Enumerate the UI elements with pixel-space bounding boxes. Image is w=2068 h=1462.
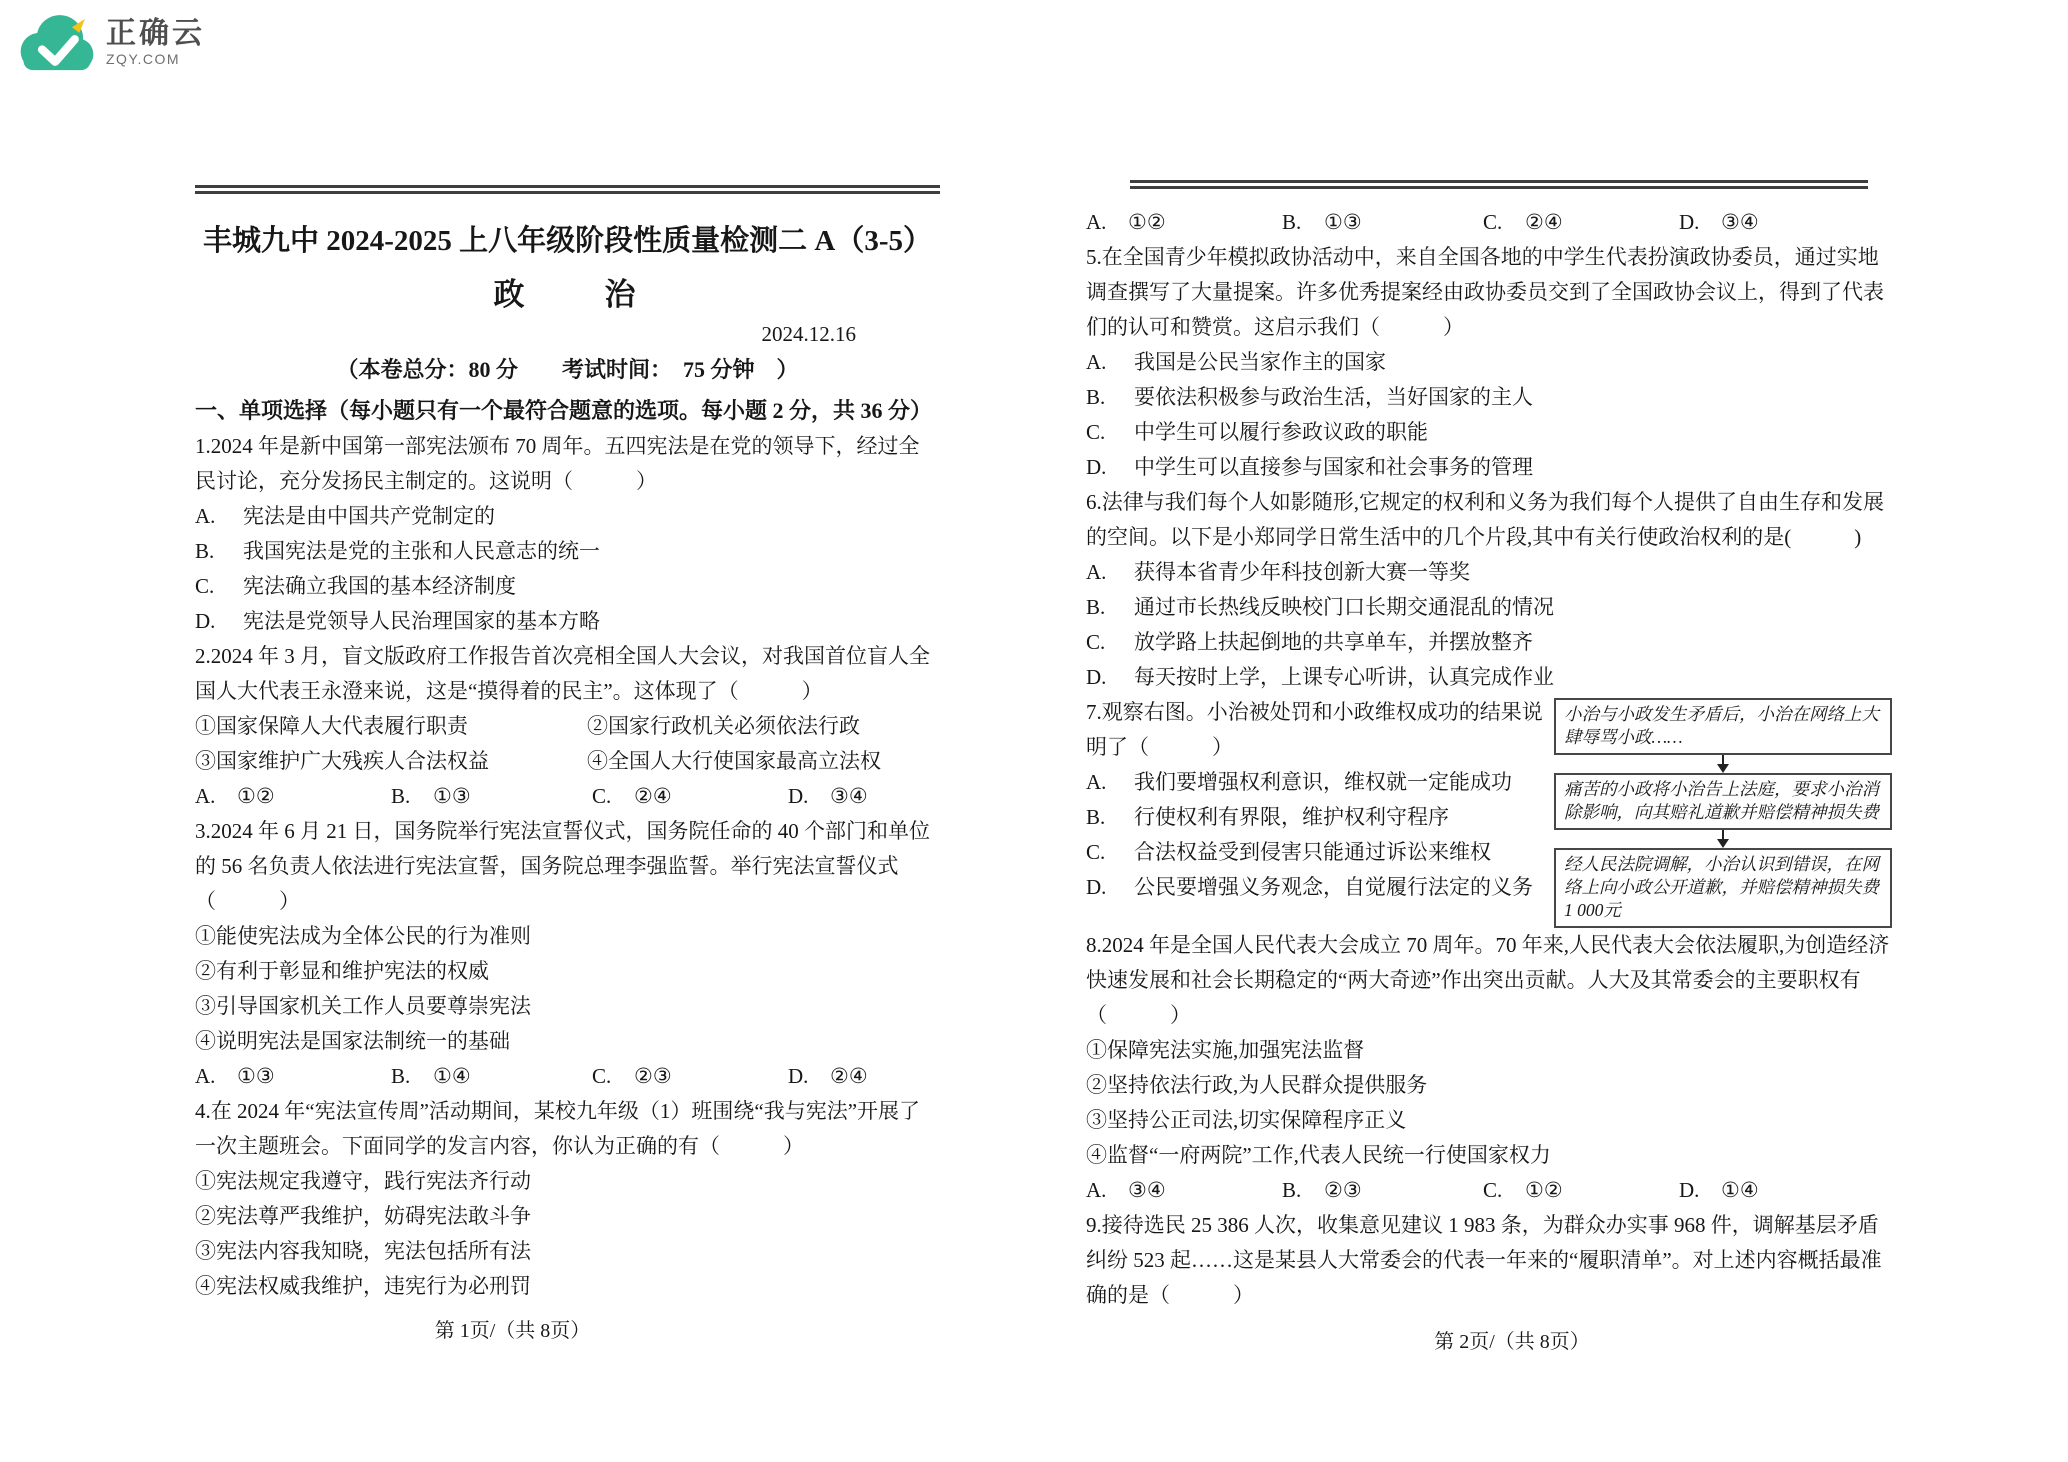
choice-text: ①② <box>237 779 275 814</box>
page-2-footer: 第 2页/（共 8页） <box>1086 1325 1892 1354</box>
choice-label: D. <box>1086 870 1134 905</box>
cloud-check-icon <box>16 10 98 83</box>
question-7-flowchart: 小治与小政发生矛盾后，小治在网络上大肆辱骂小政…… 痛苦的小政将小治告上法庭，要… <box>1554 698 1892 928</box>
question-4-subitem: ①宪法规定我遵守，践行宪法齐行动 <box>195 1164 940 1199</box>
subject-title: 政 治 <box>195 269 940 314</box>
question-4-subitem: ③宪法内容我知晓，宪法包括所有法 <box>195 1234 940 1269</box>
choice-text: ①③ <box>1324 205 1362 240</box>
choice-text: ②④ <box>830 1059 868 1094</box>
choice-text: ①④ <box>433 1059 471 1094</box>
question-3-subitem: ②有利于彰显和维护宪法的权威 <box>195 954 940 989</box>
choice-label: B. <box>1086 800 1134 835</box>
choice-label: B. <box>391 1059 433 1094</box>
choice: D.③④ <box>1679 205 1892 240</box>
choice-text: 我国是公民当家作主的国家 <box>1134 345 1386 380</box>
page-2: A.①② B.①③ C.②④ D.③④ 5.在全国青少年模拟政协活动中，来自全国… <box>1086 180 1892 1354</box>
choice-label: B. <box>391 779 433 814</box>
choice-text: 我国宪法是党的主张和人民意志的统一 <box>243 534 600 569</box>
flowchart-box: 经人民法院调解，小治认识到错误，在网络上向小政公开道歉，并赔偿精神损失费 1 0… <box>1554 848 1892 928</box>
choice-text: 公民要增强义务观念，自觉履行法定的义务 <box>1134 870 1533 905</box>
choice: A.①② <box>1086 205 1282 240</box>
choice-label: D. <box>1086 660 1134 695</box>
choice-label: C. <box>1483 205 1525 240</box>
question-3-answer-row: A.①③ B.①④ C.②③ D.②④ <box>195 1059 940 1094</box>
choice-label: A. <box>1086 345 1134 380</box>
choice-label: A. <box>1086 765 1134 800</box>
choice: D.①④ <box>1679 1173 1892 1208</box>
question-2-answer-row: A.①② B.①③ C.②④ D.③④ <box>195 779 940 814</box>
question-8-subitem: ①保障宪法实施,加强宪法监督 <box>1086 1033 1892 1068</box>
question-7-choice-c: C.合法权益受到侵害只能通过诉讼来维权 <box>1086 835 1544 870</box>
question-3-subitem: ①能使宪法成为全体公民的行为准则 <box>195 919 940 954</box>
question-3-subitem: ④说明宪法是国家法制统一的基础 <box>195 1024 940 1059</box>
choice-label: C. <box>1086 415 1134 450</box>
choice: B.①③ <box>1282 205 1483 240</box>
question-9-text: 9.接待选民 25 386 人次，收集意见建议 1 983 条，为群众办实事 9… <box>1086 1208 1892 1313</box>
choice-label: A. <box>1086 1173 1128 1208</box>
exam-title: 丰城九中 2024-2025 上八年级阶段性质量检测二 A（3-5） <box>195 218 940 259</box>
question-5-choice-c: C.中学生可以履行参政议政的职能 <box>1086 415 1892 450</box>
question-4-text: 4.在 2024 年“宪法宣传周”活动期间，某校九年级（1）班围绕“我与宪法”开… <box>195 1094 940 1164</box>
question-8-subitem: ④监督“一府两院”工作,代表人民统一行使国家权力 <box>1086 1138 1892 1173</box>
question-8-subitem: ②坚持依法行政,为人民群众提供服务 <box>1086 1068 1892 1103</box>
choice: C.①② <box>1483 1173 1679 1208</box>
choice-text: ①② <box>1525 1173 1563 1208</box>
question-1-choice-d: D. 宪法是党领导人民治理国家的基本方略 <box>195 604 940 639</box>
question-6-choice-d: D.每天按时上学，上课专心听讲，认真完成作业 <box>1086 660 1892 695</box>
choice-text: ①② <box>1128 205 1166 240</box>
choice-text: ①③ <box>433 779 471 814</box>
choice-text: ①③ <box>237 1059 275 1094</box>
question-7-choice-a: A.我们要增强权利意识，维权就一定能成功 <box>1086 765 1544 800</box>
question-2-text: 2.2024 年 3 月，盲文版政府工作报告首次亮相全国人大会议，对我国首位盲人… <box>195 639 940 709</box>
exam-meta: （本卷总分：80 分 考试时间： 75 分钟 ） <box>195 353 940 384</box>
section-heading: 一、单项选择（每小题只有一个最符合题意的选项。每小题 2 分，共 36 分） <box>195 392 940 429</box>
choice-label: D. <box>1679 205 1721 240</box>
choice: D.②④ <box>788 1059 940 1094</box>
question-7-text: 7.观察右图。小治被处罚和小政维权成功的结果说明了（ ） <box>1086 695 1544 765</box>
question-8-text: 8.2024 年是全国人民代表大会成立 70 周年。70 年来,人民代表大会依法… <box>1086 928 1892 1033</box>
question-1-choice-c: C. 宪法确立我国的基本经济制度 <box>195 569 940 604</box>
choice-text: ③④ <box>1128 1173 1166 1208</box>
choice: A.①② <box>195 779 391 814</box>
flowchart-box: 痛苦的小政将小治告上法庭，要求小治消除影响，向其赔礼道歉并赔偿精神损失费 <box>1554 773 1892 830</box>
header-rule <box>195 185 940 194</box>
choice-text: ②④ <box>1525 205 1563 240</box>
choice-text: 宪法确立我国的基本经济制度 <box>243 569 516 604</box>
choice: D.③④ <box>788 779 940 814</box>
choice-label: B. <box>1282 1173 1324 1208</box>
down-arrow-icon <box>1554 830 1892 848</box>
choice-label: A. <box>195 499 243 534</box>
question-5-choice-d: D.中学生可以直接参与国家和社会事务的管理 <box>1086 450 1892 485</box>
choice-text: 放学路上扶起倒地的共享单车，并摆放整齐 <box>1134 625 1533 660</box>
choice-text: ③④ <box>1721 205 1759 240</box>
choice-label: C. <box>1483 1173 1525 1208</box>
choice-text: 中学生可以履行参政议政的职能 <box>1134 415 1428 450</box>
question-5-choice-b: B.要依法积极参与政治生活，当好国家的主人 <box>1086 380 1892 415</box>
choice-label: C. <box>1086 625 1134 660</box>
question-3-text: 3.2024 年 6 月 21 日，国务院举行宪法宣誓仪式，国务院任命的 40 … <box>195 814 940 919</box>
question-2-subitem: ④全国人大行使国家最高立法权 <box>587 744 940 779</box>
choice-label: B. <box>1086 590 1134 625</box>
question-1-choice-a: A. 宪法是由中国共产党制定的 <box>195 499 940 534</box>
choice: C.②④ <box>1483 205 1679 240</box>
question-2-subitem: ②国家行政机关必须依法行政 <box>587 709 940 744</box>
question-3-subitem: ③引导国家机关工作人员要尊崇宪法 <box>195 989 940 1024</box>
logo-domain: ZQY.COM <box>106 50 205 68</box>
choice: B.②③ <box>1282 1173 1483 1208</box>
down-arrow-icon <box>1554 755 1892 773</box>
choice-text: 要依法积极参与政治生活，当好国家的主人 <box>1134 380 1533 415</box>
choice-label: A. <box>195 1059 237 1094</box>
choice-text: 获得本省青少年科技创新大赛一等奖 <box>1134 555 1470 590</box>
choice-text: 宪法是由中国共产党制定的 <box>243 499 495 534</box>
choice-text: 行使权利有界限，维护权利守程序 <box>1134 800 1449 835</box>
choice: C.②③ <box>592 1059 788 1094</box>
exam-date: 2024.12.16 <box>195 322 940 347</box>
choice-text: ②④ <box>634 779 672 814</box>
choice-label: C. <box>592 1059 634 1094</box>
flowchart-box: 小治与小政发生矛盾后，小治在网络上大肆辱骂小政…… <box>1554 698 1892 755</box>
choice-label: C. <box>1086 835 1134 870</box>
page-1-footer: 第 1页/（共 8页） <box>195 1314 940 1343</box>
question-8-subitem: ③坚持公正司法,切实保障程序正义 <box>1086 1103 1892 1138</box>
choice-label: B. <box>195 534 243 569</box>
choice-text: ②③ <box>634 1059 672 1094</box>
question-7: 7.观察右图。小治被处罚和小政维权成功的结果说明了（ ） A.我们要增强权利意识… <box>1086 695 1892 928</box>
question-4-subitem: ②宪法尊严我维护，妨碍宪法敢斗争 <box>195 1199 940 1234</box>
choice-label: A. <box>1086 205 1128 240</box>
choice-text: 中学生可以直接参与国家和社会事务的管理 <box>1134 450 1533 485</box>
choice-label: D. <box>788 1059 830 1094</box>
choice: B.①④ <box>391 1059 592 1094</box>
question-4-subitem: ④宪法权威我维护，违宪行为必刑罚 <box>195 1269 940 1304</box>
choice-text: 合法权益受到侵害只能通过诉讼来维权 <box>1134 835 1491 870</box>
choice-text: 我们要增强权利意识，维权就一定能成功 <box>1134 765 1512 800</box>
zqy-logo: 正确云 ZQY.COM <box>16 10 205 83</box>
page-1: 丰城九中 2024-2025 上八年级阶段性质量检测二 A（3-5） 政 治 2… <box>195 185 940 1343</box>
choice-text: 宪法是党领导人民治理国家的基本方略 <box>243 604 600 639</box>
choice: A.③④ <box>1086 1173 1282 1208</box>
question-2-subitem: ③国家维护广大残疾人合法权益 <box>195 744 587 779</box>
choice-label: D. <box>788 779 830 814</box>
choice-text: ③④ <box>830 779 868 814</box>
question-4-answer-row: A.①② B.①③ C.②④ D.③④ <box>1086 205 1892 240</box>
question-7-choice-b: B.行使权利有界限，维护权利守程序 <box>1086 800 1544 835</box>
choice-label: C. <box>195 569 243 604</box>
header-rule <box>1130 180 1868 189</box>
question-5-choice-a: A.我国是公民当家作主的国家 <box>1086 345 1892 380</box>
question-2-subitem: ①国家保障人大代表履行职责 <box>195 709 587 744</box>
question-6-choice-b: B.通过市长热线反映校门口长期交通混乱的情况 <box>1086 590 1892 625</box>
choice-label: D. <box>1679 1173 1721 1208</box>
choice: A.①③ <box>195 1059 391 1094</box>
choice-label: A. <box>1086 555 1134 590</box>
choice-label: D. <box>195 604 243 639</box>
choice-label: B. <box>1086 380 1134 415</box>
question-7-left: 7.观察右图。小治被处罚和小政维权成功的结果说明了（ ） A.我们要增强权利意识… <box>1086 695 1544 905</box>
question-5-text: 5.在全国青少年模拟政协活动中，来自全国各地的中学生代表扮演政协委员，通过实地调… <box>1086 240 1892 345</box>
question-2-subitems: ①国家保障人大代表履行职责 ②国家行政机关必须依法行政 ③国家维护广大残疾人合法… <box>195 709 940 779</box>
question-8-answer-row: A.③④ B.②③ C.①② D.①④ <box>1086 1173 1892 1208</box>
choice-text: ①④ <box>1721 1173 1759 1208</box>
question-6-choice-c: C.放学路上扶起倒地的共享单车，并摆放整齐 <box>1086 625 1892 660</box>
choice-label: A. <box>195 779 237 814</box>
choice-label: D. <box>1086 450 1134 485</box>
question-6-choice-a: A.获得本省青少年科技创新大赛一等奖 <box>1086 555 1892 590</box>
question-1-choice-b: B. 我国宪法是党的主张和人民意志的统一 <box>195 534 940 569</box>
logo-brand: 正确云 <box>106 18 205 50</box>
choice: B.①③ <box>391 779 592 814</box>
choice-text: 每天按时上学，上课专心听讲，认真完成作业 <box>1134 660 1554 695</box>
choice-label: B. <box>1282 205 1324 240</box>
choice-text: ②③ <box>1324 1173 1362 1208</box>
choice-label: C. <box>592 779 634 814</box>
choice: C.②④ <box>592 779 788 814</box>
choice-text: 通过市长热线反映校门口长期交通混乱的情况 <box>1134 590 1554 625</box>
question-7-choice-d: D.公民要增强义务观念，自觉履行法定的义务 <box>1086 870 1544 905</box>
question-6-text: 6.法律与我们每个人如影随形,它规定的权利和义务为我们每个人提供了自由生存和发展… <box>1086 485 1892 555</box>
question-1-text: 1.2024 年是新中国第一部宪法颁布 70 周年。五四宪法是在党的领导下，经过… <box>195 429 940 499</box>
